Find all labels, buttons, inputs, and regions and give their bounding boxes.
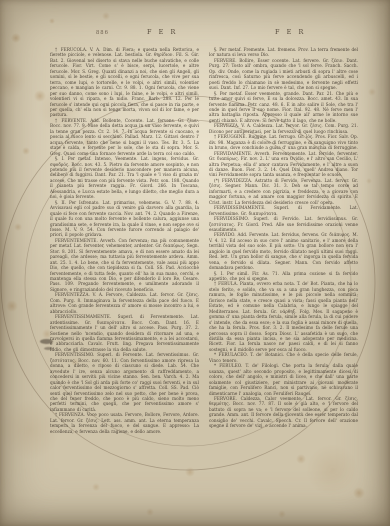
dictionary-entry: FERVENTEMENTE. Avverb. Con fervenza; ma …: [50, 238, 199, 293]
dictionary-entry: FERVENTISSIMAMENTE. Superl. di Ferventem…: [50, 314, 199, 352]
dictionary-entry: §. Per metaf. Fremente. Lat. fremens. Pr…: [209, 47, 358, 58]
page-header: 886 F E R F E R: [0, 0, 390, 44]
dictionary-entry: FERVERE. Bollire, Esser cocente. Lat. fe…: [209, 58, 358, 91]
ink-smudge: [40, 339, 53, 344]
dictionary-entry: † FERUGGINE. Ruggine. Lat. ferrugo. Gr. …: [209, 134, 358, 150]
dictionary-entry: FERVORE. Caldezza, Calor veemente. Lat. …: [209, 396, 358, 429]
running-head-left: F E R: [147, 28, 178, 36]
dictionary-entry: † FERULA. Pianta, ovvero erba nota. T. d…: [209, 281, 358, 352]
column-right: §. Per metaf. Fremente. Lat. fremens. Pr…: [209, 47, 358, 434]
dictionary-entry: FERVIDAMENTE. Avverb. Ferventemente. Lat…: [209, 151, 358, 178]
dictionary-entry: † FERVENTE. Add. Bollente, Cocente. Lat.…: [50, 118, 199, 156]
dictionary-entry: * FERULACEO. T. de' Botanici. Che è dell…: [209, 352, 358, 363]
dictionary-entry: FERVIDISSIMO. Superl. di Fervido. Lat. f…: [209, 216, 358, 232]
text-block: † FERUCOLA. V. A. Dim. di Fiera; e quest…: [50, 47, 359, 434]
book-page-scan: 886 F E R F E R † FERUCOLA. V. A. Dim. d…: [0, 0, 390, 526]
dictionary-entry: FERVENTISSIMO. Superl. di Fervente. Lat.…: [50, 352, 199, 412]
dictionary-entry: §. I. Per simil. Fir. As. 71. Alla prima…: [209, 271, 358, 282]
dictionary-entry: † FERVENZA. Voce poco usata. Fervore, Bo…: [50, 412, 199, 434]
column-left: † FERUCOLA. V. A. Dim. di Fiera; e quest…: [50, 47, 199, 434]
running-head-right: F E R: [275, 28, 306, 36]
dictionary-entry: §. I. Per metaf. Intenso, Veemente. Lat.…: [50, 156, 199, 200]
dictionary-entry: FERVIDISSIMAMENTE. Superl. di Fervidamen…: [209, 205, 358, 216]
dictionary-entry: FERVIDO. Add. Fervente. Lat. fervidus, f…: [209, 232, 358, 270]
dictionary-entry: FERVENTEZZA. V. A. Fervore, Caldezza. La…: [50, 292, 199, 314]
ink-smudge-small: [44, 347, 53, 350]
dictionary-entry: (*) FERVIDEZZA. Astratto di Fervido, Fer…: [209, 178, 358, 205]
dictionary-entry: † FERUCOLA. V. A. Dim. di Fiera; e quest…: [50, 47, 199, 118]
dictionary-entry: §. Per metaf. Esser veemente, grande. Da…: [209, 91, 358, 124]
page-number: 886: [96, 30, 109, 36]
dictionary-entry: §. II. Per Isfrenato. Lat. primarius, ve…: [50, 200, 199, 238]
dictionary-entry: * FERULEO. T. de' Filologi. Che porta la…: [209, 363, 358, 396]
dictionary-entry: FERVEZZA. V. A. Caldezza. Lat. fervor. G…: [209, 123, 358, 134]
